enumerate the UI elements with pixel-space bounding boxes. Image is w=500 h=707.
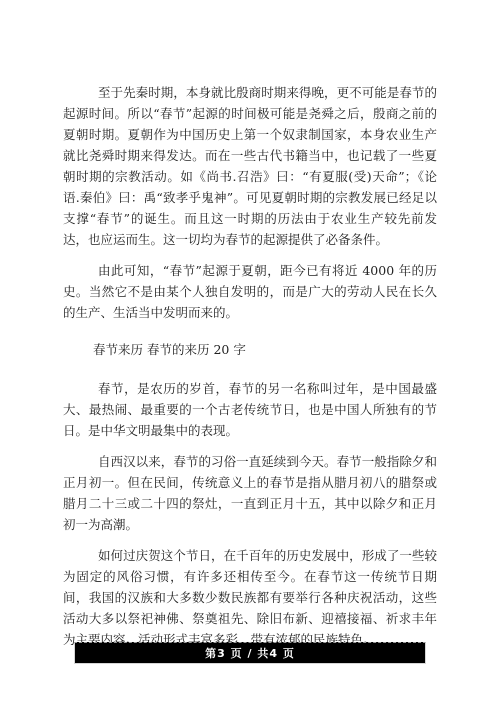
section-heading: 春节来历 春节的来历 20 字 — [63, 339, 437, 360]
document-page: 至于先秦时期，本身就比殷商时期来得晚，更不可能是春节的起源时间。所以“春节”起源… — [0, 0, 500, 707]
paragraph-festival-dates: 自西汉以来，春节的习俗一直延续到今天。春节一般指除夕和正月初一。但在民间，传统意… — [63, 451, 437, 535]
paragraph-festival-intro: 春节，是农历的岁首，春节的另一名称叫过年，是中国最盛大、最热闹、最重要的一个古老… — [63, 378, 437, 441]
page-number-bar: 第3 页 / 共4 页 — [74, 642, 426, 664]
paragraph-origin-pre-qin: 至于先秦时期，本身就比殷商时期来得晚，更不可能是春节的起源时间。所以“春节”起源… — [63, 82, 437, 250]
document-body: 至于先秦时期，本身就比殷商时期来得晚，更不可能是春节的起源时间。所以“春节”起源… — [63, 82, 437, 660]
paragraph-origin-conclusion: 由此可知，“春节”起源于夏朝，距今已有将近 4000 年的历史。当然它不是由某个… — [63, 260, 437, 323]
paragraph-festival-customs: 如何过庆贺这个节日，在千百年的历史发展中，形成了一些较为固定的风俗习惯，有许多还… — [63, 545, 437, 650]
page-number-label: 第3 页 / 共4 页 — [205, 645, 295, 661]
